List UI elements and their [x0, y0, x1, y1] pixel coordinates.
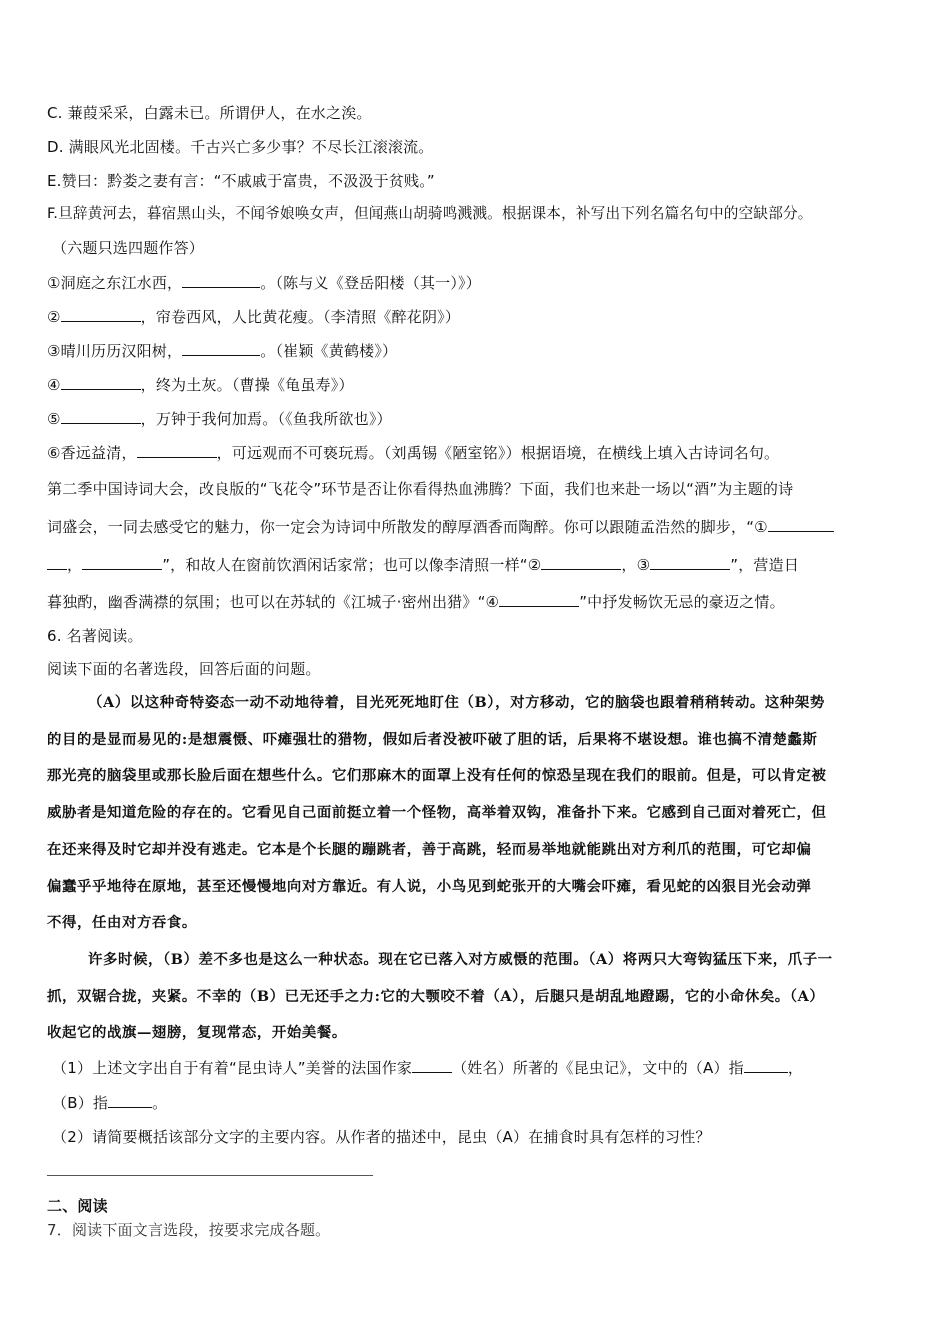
option-c: C. 蒹葭采采，白露未已。所谓伊人，在水之涘。 — [47, 103, 372, 123]
passage-para-1-line-6: 偏蠢乎乎地待在原地，甚至还慢慢地向对方靠近。有人说，小鸟见到蛇张开的大嘴会吓瘫，… — [47, 877, 812, 897]
b-refers-blank[interactable] — [108, 1093, 152, 1108]
a-refers-blank[interactable] — [744, 1058, 788, 1073]
passage-para-2-line-1: 许多时候，（B）差不多也是这么一种状态。现在它已落入对方威慑的范围。（A）将两只… — [88, 950, 833, 970]
answer-blank-1a[interactable] — [768, 517, 834, 532]
item-text-post: 。（陈与义《登岳阳楼（其一）》） — [260, 274, 481, 292]
feihualing-text: ， — [67, 556, 82, 574]
answer-blank[interactable] — [137, 443, 217, 458]
option-e: E.赞曰：黔娄之妻有言：“不戚戚于富贵，不汲汲于贫贱。” — [47, 171, 435, 191]
item-text-pre: ⑤ — [47, 410, 61, 428]
item-text-post: ，帘卷西风，人比黄花瘦。（李清照《醉花阴》） — [141, 308, 460, 326]
passage-para-1-line-1: （A）以这种奇特姿态一动不动地待着，目光死死地盯住（B），对方移动，它的脑袋也跟… — [88, 693, 825, 713]
author-blank[interactable] — [412, 1058, 452, 1073]
section-heading: 二、阅读 — [47, 1196, 108, 1216]
option-f: F.旦辞黄河去，暮宿黑山头，不闻爷娘唤女声，但闻燕山胡骑鸣溅溅。根据课本，补写出… — [47, 204, 813, 224]
item-text-pre: ③晴川历历汉阳树， — [47, 342, 182, 360]
fill-blanks-note: （六题只选四题作答） — [52, 238, 204, 258]
fill-blank-item-1: ①洞庭之东江水西，。（陈与义《登岳阳楼（其一）》） — [47, 273, 481, 293]
passage-para-1-line-2: 的目的是显而易见的:是想震慑、吓瘫强壮的猎物，假如后者没被吓破了胆的话，后果将不… — [47, 730, 817, 750]
q6-sub-question-2: （2）请简要概括该部分文字的主要内容。从作者的描述中，昆虫（A）在捕食时具有怎样… — [52, 1127, 711, 1147]
feihualing-line-1: 第二季中国诗词大会，改良版的“飞花令”环节是否让你看得热血沸腾？下面，我们也来赴… — [47, 479, 793, 499]
fill-blank-item-3: ③晴川历历汉阳树，。（崔颖《黄鹤楼》） — [47, 341, 397, 361]
item-text-post: ，可远观而不可亵玩焉。（刘禹锡《陋室铭》）根据语境，在横线上填入古诗词名句。 — [217, 444, 780, 462]
answer-blank-1b[interactable] — [47, 555, 67, 570]
answer-blank-3[interactable] — [650, 555, 730, 570]
passage-para-1-line-3: 那光亮的脑袋里或那长脸后面在想些什么。它们那麻木的面罩上没有任何的惊恐呈现在我们… — [47, 766, 827, 786]
answer-blank[interactable] — [182, 341, 260, 356]
option-d: D. 满眼风光北固楼。千古兴亡多少事？不尽长江滚滚流。 — [47, 137, 434, 157]
feihualing-line-2: 词盛会，一同去感受它的魅力，你一定会为诗词中所散发的醇厚酒香而陶醉。你可以跟随孟… — [47, 517, 834, 537]
answer-blank[interactable] — [61, 307, 141, 322]
q6-sub-question-1: （1）上述文字出自于有着“昆虫诗人”美誉的法国作家（姓名）所著的《昆虫记》，文中… — [52, 1058, 803, 1078]
passage-para-1-line-4: 威胁者是知道危险的存在的。它看见自己面前挺立着一个怪物，高举着双钩，准备扑下来。… — [47, 803, 827, 823]
item-text-post: ，万钟于我何加焉。（《鱼我所欲也》） — [141, 410, 392, 428]
answer-blank[interactable] — [182, 273, 260, 288]
question-text: （B）指 — [52, 1094, 108, 1112]
fill-blank-item-6: ⑥香远益清，，可远观而不可亵玩焉。（刘禹锡《陋室铭》）根据语境，在横线上填入古诗… — [47, 443, 779, 463]
fill-blank-item-2: ②，帘卷西风，人比黄花瘦。（李清照《醉花阴》） — [47, 307, 460, 327]
answer-blank[interactable] — [61, 409, 141, 424]
answer-line-divider — [47, 1175, 373, 1176]
passage-para-2-line-3: 收起它的战旗—翅膀，复现常态，开始美餐。 — [47, 1023, 347, 1043]
item-text-pre: ⑥香远益清， — [47, 444, 137, 462]
answer-blank-4[interactable] — [499, 592, 579, 607]
feihualing-text: ，③ — [621, 556, 650, 574]
question-text: （姓名）所著的《昆虫记》，文中的（A）指 — [452, 1059, 744, 1077]
item-text-pre: ② — [47, 308, 61, 326]
question-text: （1）上述文字出自于有着“昆虫诗人”美誉的法国作家 — [52, 1059, 412, 1077]
passage-para-1-line-5: 在还来得及时它却并没有逃走。它本是个长腿的蹦跳者，善于高跳，轻而易举地就能跳出对… — [47, 840, 812, 860]
feihualing-text: 暮独酌，幽香满襟的氛围；也可以在苏轼的《江城子·密州出猎》“④ — [47, 593, 499, 611]
feihualing-text: ”，营造日 — [730, 556, 799, 574]
answer-blank-1c[interactable] — [82, 555, 162, 570]
q6-sub-question-1-cont: （B）指。 — [52, 1093, 167, 1113]
q7-prompt: 7．阅读下面文言选段，按要求完成各题。 — [47, 1220, 330, 1240]
item-text-pre: ④ — [47, 376, 61, 394]
fill-blank-item-5: ⑤，万钟于我何加焉。（《鱼我所欲也》） — [47, 409, 392, 429]
feihualing-text: 词盛会，一同去感受它的魅力，你一定会为诗词中所散发的醇厚酒香而陶醉。你可以跟随孟… — [47, 518, 768, 536]
answer-blank[interactable] — [61, 375, 141, 390]
passage-para-2-line-2: 抓，双锯合拢，夹紧。不幸的（B）已无还手之力:它的大颚咬不着（A），后腿只是胡乱… — [47, 987, 824, 1007]
question-text: 。 — [152, 1094, 167, 1112]
q6-title: 6. 名著阅读。 — [47, 626, 143, 646]
question-text: ， — [788, 1059, 803, 1077]
feihualing-line-3: ，”，和故人在窗前饮酒闲话家常；也可以像李清照一样“②，③”，营造日 — [47, 555, 799, 575]
feihualing-text: ”中抒发畅饮无忌的豪迈之情。 — [579, 593, 785, 611]
feihualing-line-4: 暮独酌，幽香满襟的氛围；也可以在苏轼的《江城子·密州出猎》“④”中抒发畅饮无忌的… — [47, 592, 785, 612]
item-text-post: ，终为土灰。（曹操《龟虽寿》） — [141, 376, 354, 394]
fill-blank-item-4: ④，终为土灰。（曹操《龟虽寿》） — [47, 375, 354, 395]
item-text-pre: ①洞庭之东江水西， — [47, 274, 182, 292]
answer-blank-2[interactable] — [541, 555, 621, 570]
q6-intro: 阅读下面的名著选段，回答后面的问题。 — [47, 659, 321, 679]
item-text-post: 。（崔颖《黄鹤楼》） — [260, 342, 397, 360]
feihualing-text: ”，和故人在窗前饮酒闲话家常；也可以像李清照一样“② — [162, 556, 541, 574]
passage-para-1-line-7: 不得，任由对方吞食。 — [47, 913, 197, 933]
